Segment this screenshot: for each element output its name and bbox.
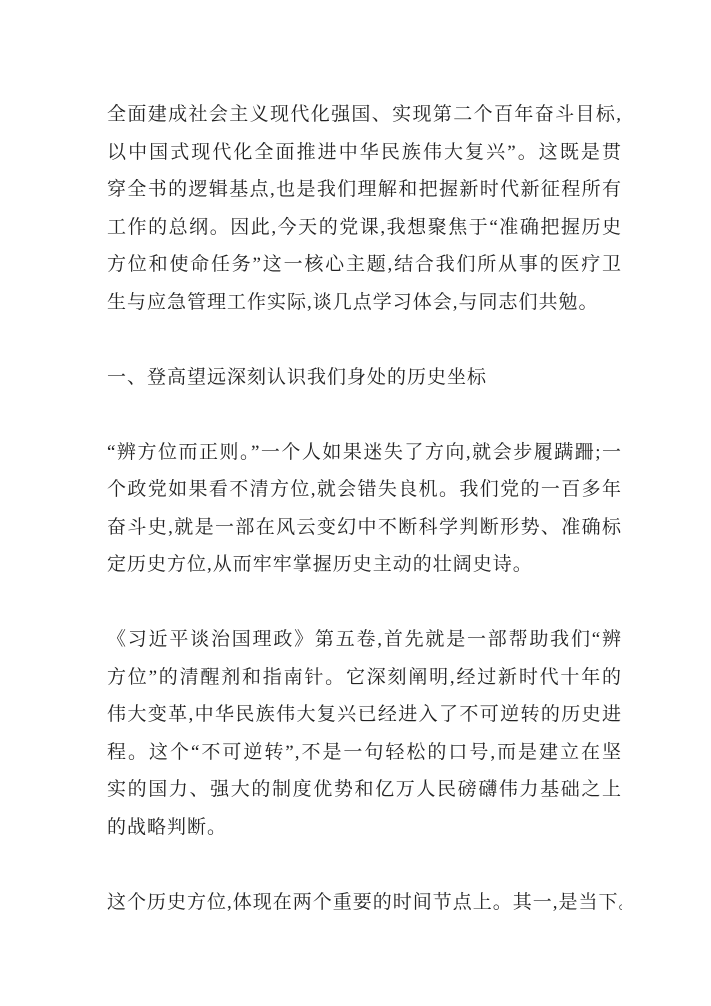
text-line: 一、登高望远深刻认识我们身处的历史坐标	[107, 359, 622, 397]
paragraph: 这个历史方位,体现在两个重要的时间节点上。其一,是当下。	[107, 884, 622, 922]
text-line: 《习近平谈治国理政》第五卷,首先就是一部帮助我们“辨	[107, 621, 622, 659]
paragraph: “辨方位而正则。”一个人如果迷失了方向,就会步履蹒跚;一个政党如果看不清方位,就…	[107, 434, 622, 584]
text-line: 穿全书的逻辑基点,也是我们理解和把握新时代新征程所有	[107, 171, 622, 209]
text-line: 这个历史方位,体现在两个重要的时间节点上。其一,是当下。	[107, 884, 622, 922]
paragraph: 全面建成社会主义现代化强国、实现第二个百年奋斗目标,以中国式现代化全面推进中华民…	[107, 96, 622, 321]
text-line: 个政党如果看不清方位,就会错失良机。我们党的一百多年	[107, 471, 622, 509]
text-line: 全面建成社会主义现代化强国、实现第二个百年奋斗目标,	[107, 96, 622, 134]
text-line: 程。这个“不可逆转”,不是一句轻松的口号,而是建立在坚	[107, 734, 622, 772]
text-line: 方位”的清醒剂和指南针。它深刻阐明,经过新时代十年的	[107, 659, 622, 697]
text-line: 定历史方位,从而牢牢掌握历史主动的壮阔史诗。	[107, 546, 622, 584]
text-line: 生与应急管理工作实际,谈几点学习体会,与同志们共勉。	[107, 284, 622, 322]
document-page: 全面建成社会主义现代化强国、实现第二个百年奋斗目标,以中国式现代化全面推进中华民…	[0, 0, 711, 1006]
text-line: 奋斗史,就是一部在风云变幻中不断科学判断形势、准确标	[107, 509, 622, 547]
text-line: 伟大变革,中华民族伟大复兴已经进入了不可逆转的历史进	[107, 696, 622, 734]
text-line: “辨方位而正则。”一个人如果迷失了方向,就会步履蹒跚;一	[107, 434, 622, 472]
document-body: 全面建成社会主义现代化强国、实现第二个百年奋斗目标,以中国式现代化全面推进中华民…	[0, 0, 711, 1006]
text-line: 工作的总纲。因此,今天的党课,我想聚焦于“准确把握历史	[107, 209, 622, 247]
paragraph: 《习近平谈治国理政》第五卷,首先就是一部帮助我们“辨方位”的清醒剂和指南针。它深…	[107, 621, 622, 846]
text-line: 以中国式现代化全面推进中华民族伟大复兴”。这既是贯	[107, 134, 622, 172]
text-line: 实的国力、强大的制度优势和亿万人民磅礴伟力基础之上	[107, 771, 622, 809]
text-line: 的战略判断。	[107, 809, 622, 847]
text-line: 方位和使命任务”这一核心主题,结合我们所从事的医疗卫	[107, 246, 622, 284]
section-heading: 一、登高望远深刻认识我们身处的历史坐标	[107, 359, 622, 397]
